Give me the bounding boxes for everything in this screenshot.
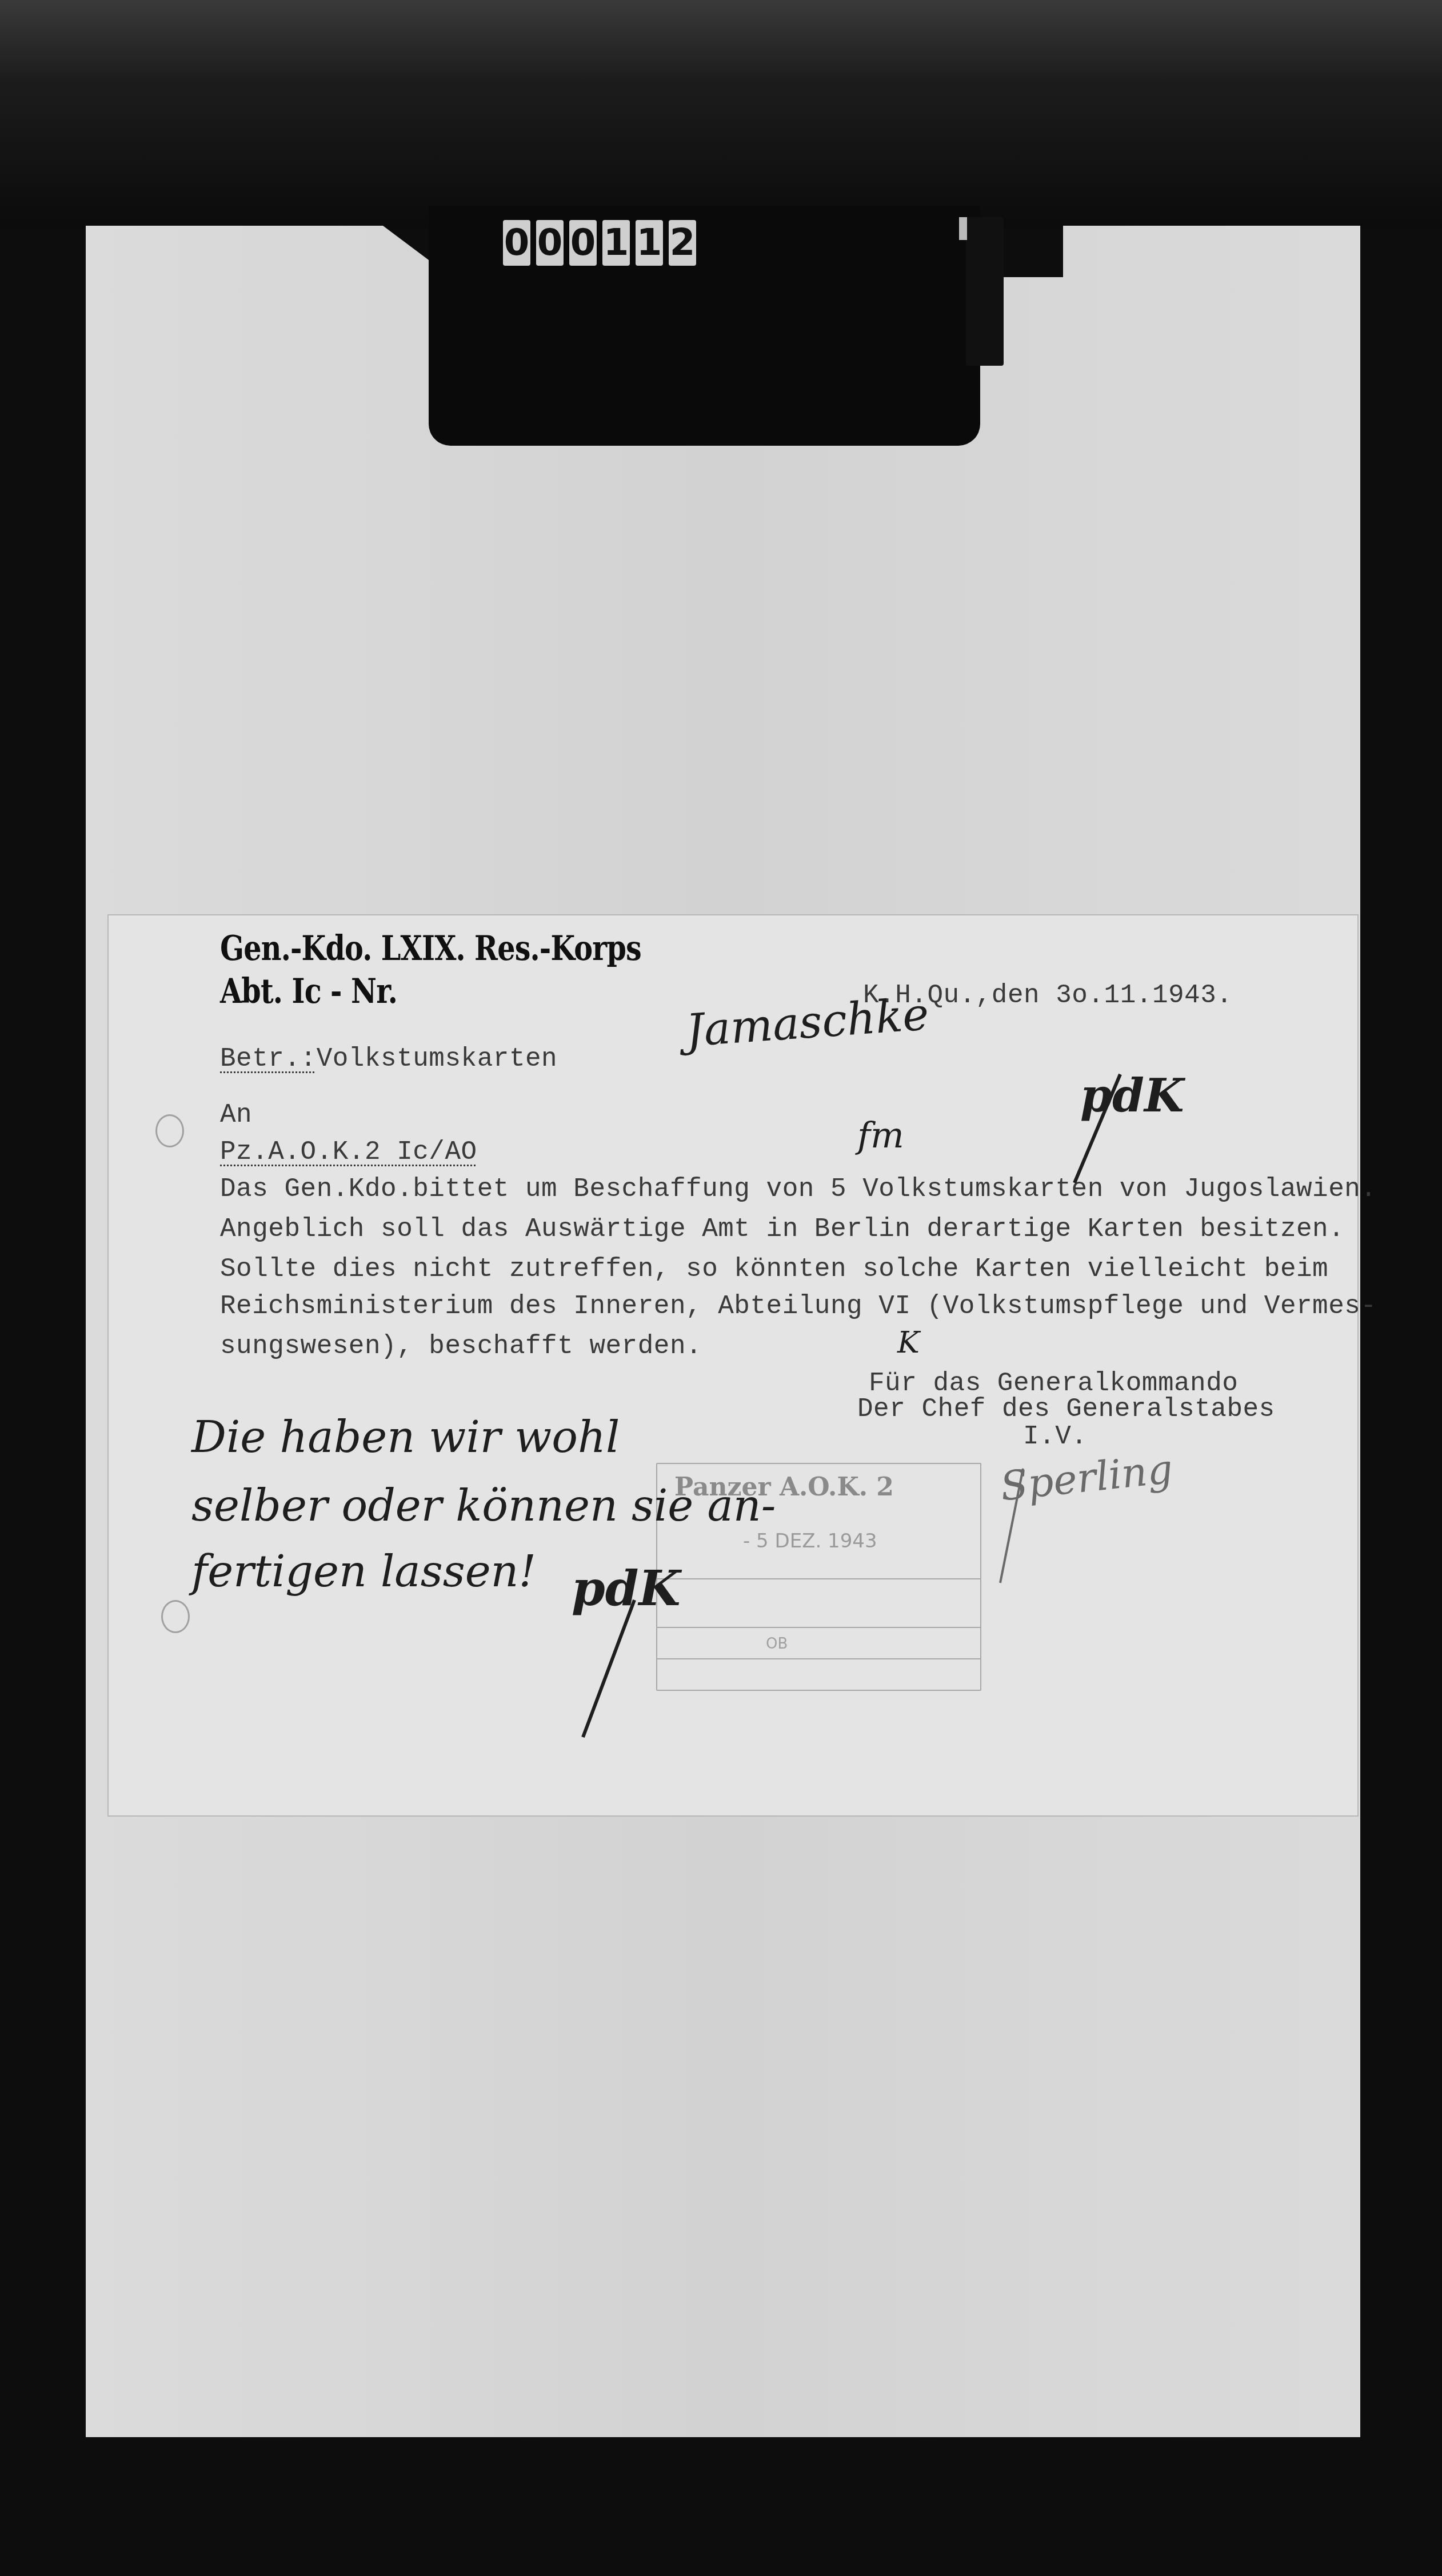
- ink-strokes: [0, 0, 1442, 2576]
